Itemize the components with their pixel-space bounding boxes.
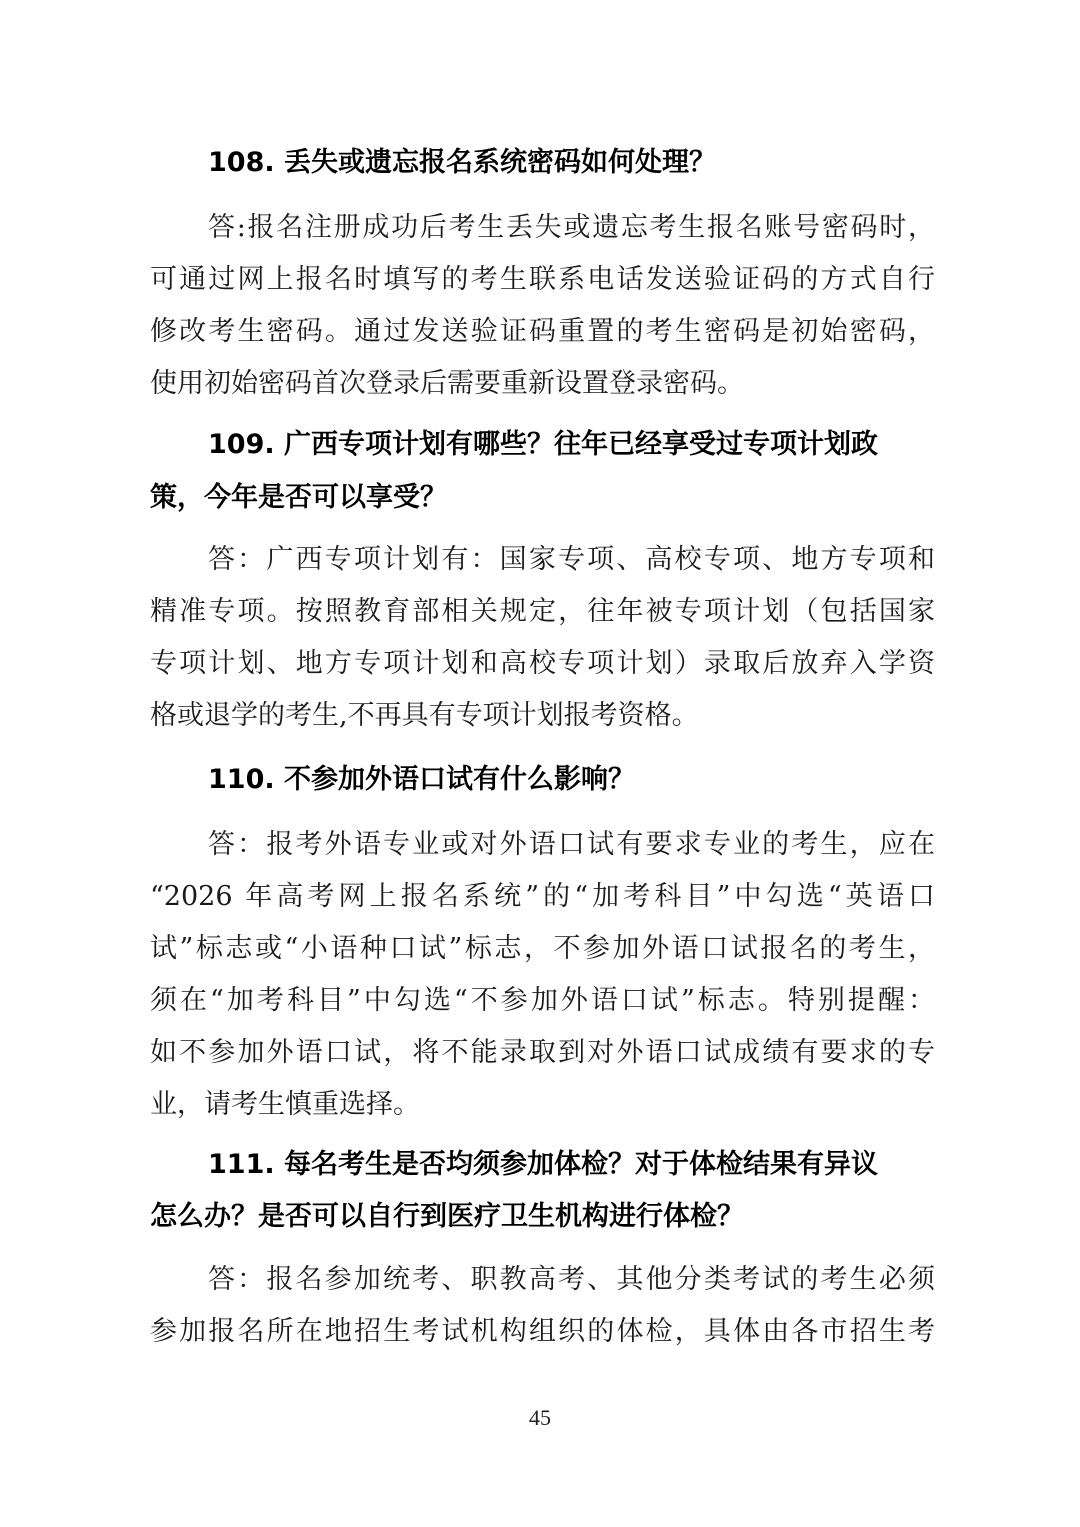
answer-line: 业，请考生慎重选择。 (150, 1085, 935, 1125)
answer-line: 答：报考外语专业或对外语口试有要求专业的考生，应在 (208, 825, 935, 865)
question-heading-111: 111. 每名考生是否均须参加体检？对于体检结果有异议 (208, 1145, 935, 1185)
question-heading-109-cont: 策，今年是否可以享受？ (150, 478, 935, 518)
answer-line: 须在“加考科目”中勾选“不参加外语口试”标志。特别提醒： (150, 981, 935, 1021)
document-page: 108. 丢失或遗忘报名系统密码如何处理？ 答:报名注册成功后考生丢失或遗忘考生… (0, 0, 1080, 1527)
answer-line: 试”标志或“小语种口试”标志，不参加外语口试报名的考生， (150, 929, 935, 969)
question-heading-109: 109. 广西专项计划有哪些？往年已经享受过专项计划政 (208, 425, 935, 465)
answer-line: 如不参加外语口试，将不能录取到对外语口试成绩有要求的专 (150, 1033, 935, 1073)
answer-line: 答：报名参加统考、职教高考、其他分类考试的考生必须 (208, 1260, 935, 1300)
question-heading-108: 108. 丢失或遗忘报名系统密码如何处理？ (208, 143, 935, 183)
answer-line: 答:报名注册成功后考生丢失或遗忘考生报名账号密码时， (208, 208, 935, 248)
question-heading-110: 110. 不参加外语口试有什么影响？ (208, 760, 935, 800)
answer-line: 格或退学的考生,不再具有专项计划报考资格。 (150, 696, 935, 736)
answer-line: 精准专项。按照教育部相关规定，往年被专项计划（包括国家 (150, 592, 935, 632)
answer-line: 使用初始密码首次登录后需要重新设置登录密码。 (150, 364, 935, 404)
answer-line: “2026 年高考网上报名系统”的“加考科目”中勾选“英语口 (150, 877, 935, 917)
answer-line: 参加报名所在地招生考试机构组织的体检，具体由各市招生考 (150, 1312, 935, 1352)
page-number: 45 (0, 1405, 1080, 1431)
answer-line: 修改考生密码。通过发送验证码重置的考生密码是初始密码， (150, 312, 935, 352)
answer-line: 专项计划、地方专项计划和高校专项计划）录取后放弃入学资 (150, 644, 935, 684)
answer-line: 可通过网上报名时填写的考生联系电话发送验证码的方式自行 (150, 260, 935, 300)
question-heading-111-cont: 怎么办？是否可以自行到医疗卫生机构进行体检？ (150, 1197, 935, 1237)
answer-line: 答：广西专项计划有：国家专项、高校专项、地方专项和 (208, 540, 935, 580)
